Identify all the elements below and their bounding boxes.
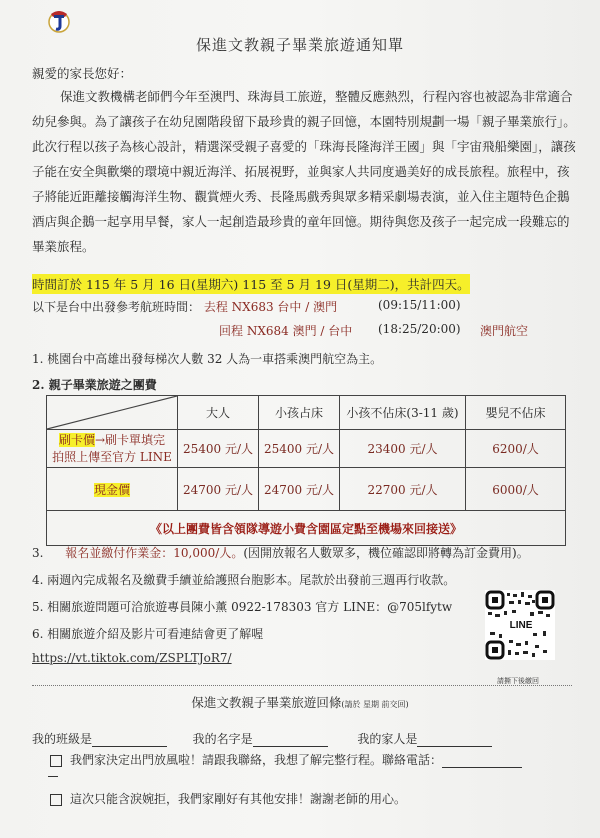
item-2: 2. 親子畢業旅遊之團費: [32, 376, 157, 393]
fee-note: 《以上團費皆含領隊導遊小費含園區定點至機場來回接送》: [47, 511, 566, 546]
table-cell: 24700 元/人: [259, 468, 340, 511]
class-label: 我的班級是: [32, 732, 92, 746]
name-label: 我的名字是: [193, 732, 253, 746]
option-decline: 這次只能含淚婉拒，我們家剛好有其他安排！謝謝老師的用心。: [50, 790, 406, 807]
item-6: 6. 相關旅遊介紹及影片可看連結會更了解喔: [32, 625, 263, 642]
row-label-card: 刷卡價→刷卡單填完 拍照上傳至官方 LINE: [47, 430, 178, 468]
return-flight: 回程 NX684 澳門 / 台中: [219, 322, 352, 339]
class-input[interactable]: [92, 734, 167, 747]
family-label: 我的家人是: [357, 732, 417, 746]
card-price-label: 刷卡價: [59, 433, 95, 447]
outbound-time: (09:15/11:00): [378, 298, 461, 312]
option-join: 我們家決定出門放風啦！請跟我聯絡，我想了解完整行程。聯絡電話：: [50, 751, 522, 768]
table-cell: 22700 元/人: [340, 468, 466, 511]
item-3-highlight: 報名並繳付作業金：10,000/人。: [65, 546, 243, 560]
table-row: 刷卡價→刷卡單填完 拍照上傳至官方 LINE 25400 元/人 25400 元…: [47, 430, 566, 468]
trip-dates: 時間訂於 115 年 5 月 16 日(星期六) 115 至 5 月 19 日(…: [32, 274, 470, 294]
item-4: 4. 兩週內完成報名及繳費手續並給護照台胞影本。尾款於出發前三週再行收款。: [32, 571, 455, 588]
reply-title-text: 保進文教親子畢業旅遊回條: [191, 695, 341, 710]
letter-body: 保進文教機構老師們今年至澳門、珠海員工旅遊，整體反應熱烈，行程內容也被認為非常適…: [32, 84, 580, 259]
card-price-note-2: 拍照上傳至官方 LINE: [52, 450, 172, 464]
cut-line: [32, 685, 572, 686]
greeting: 親愛的家長您好：: [32, 64, 132, 82]
reply-fields: 我的班級是 我的名字是 我的家人是: [32, 730, 492, 747]
letter-paragraph: 保進文教機構老師們今年至澳門、珠海員工旅遊，整體反應熱烈，行程內容也被認為非常適…: [32, 84, 580, 259]
table-cell: 6000/人: [466, 468, 566, 511]
line-qr-code-icon[interactable]: LINE: [485, 590, 555, 660]
name-input[interactable]: [253, 734, 328, 747]
return-time: (18:25/20:00): [378, 322, 461, 336]
outbound-flight: 去程 NX683 台中 / 澳門: [204, 300, 337, 314]
table-header-row: 大人 小孩占床 小孩不佔床(3-11 歲) 嬰兒不佔床: [47, 396, 566, 430]
phone-line-wrap: [48, 776, 58, 777]
reply-deadline-note: (請於 星期 前交回): [341, 700, 408, 709]
row-label-cash: 現金價: [47, 468, 178, 511]
video-link[interactable]: https://vt.tiktok.com/ZSPLTJoR7/: [32, 651, 232, 665]
item-3-rest: (因開放報名人數眾多，機位確認即將轉為訂金費用)。: [243, 546, 528, 560]
fee-table: 大人 小孩占床 小孩不佔床(3-11 歲) 嬰兒不佔床 刷卡價→刷卡單填完 拍照…: [46, 395, 566, 546]
col-infant: 嬰兒不佔床: [466, 396, 566, 430]
col-child-bed: 小孩占床: [259, 396, 340, 430]
table-cell: 23400 元/人: [340, 430, 466, 468]
table-row: 現金價 24700 元/人 24700 元/人 22700 元/人 6000/人: [47, 468, 566, 511]
col-adult: 大人: [178, 396, 259, 430]
svg-text:LINE: LINE: [510, 620, 533, 631]
airline: 澳門航空: [480, 322, 528, 339]
table-note-row: 《以上團費皆含領隊導遊小費含園區定點至機場來回接送》: [47, 511, 566, 546]
flights-intro-label: 以下是台中出發參考航班時間：: [32, 300, 200, 314]
decline-checkbox[interactable]: [50, 794, 62, 806]
join-option-label: 我們家決定出門放風啦！請跟我聯絡，我想了解完整行程。聯絡電話：: [70, 753, 442, 767]
school-logo-icon: [47, 6, 71, 36]
diagonal-cell: [47, 396, 178, 430]
join-checkbox[interactable]: [50, 755, 62, 767]
phone-input[interactable]: [442, 755, 522, 768]
card-price-note: →刷卡單填完: [95, 433, 165, 447]
item-1: 1. 桃園台中高雄出發每梯次人數 32 人為一車搭乘澳門航空為主。: [32, 350, 382, 367]
item-3: 3. 報名並繳付作業金：10,000/人。(因開放報名人數眾多，機位確認即將轉為…: [32, 544, 529, 561]
table-cell: 25400 元/人: [178, 430, 259, 468]
item-3-num: 3.: [32, 546, 43, 560]
notice-page: 保進文教親子畢業旅遊通知單 親愛的家長您好： 保進文教機構老師們今年至澳門、珠海…: [0, 0, 600, 838]
cash-price-label: 現金價: [94, 483, 130, 497]
table-cell: 25400 元/人: [259, 430, 340, 468]
table-cell: 6200/人: [466, 430, 566, 468]
item-5: 5. 相關旅遊問題可洽旅遊專員陳小薰 0922-178303 官方 LINE：@…: [32, 598, 452, 615]
decline-option-label: 這次只能含淚婉拒，我們家剛好有其他安排！謝謝老師的用心。: [70, 792, 406, 806]
col-child-nobed: 小孩不佔床(3-11 歲): [340, 396, 466, 430]
flights-intro: 以下是台中出發參考航班時間： 去程 NX683 台中 / 澳門: [32, 298, 337, 315]
table-cell: 24700 元/人: [178, 468, 259, 511]
reply-title: 保進文教親子畢業旅遊回條(請於 星期 前交回): [0, 693, 600, 711]
page-title: 保進文教親子畢業旅遊通知單: [0, 34, 600, 55]
family-input[interactable]: [417, 734, 492, 747]
